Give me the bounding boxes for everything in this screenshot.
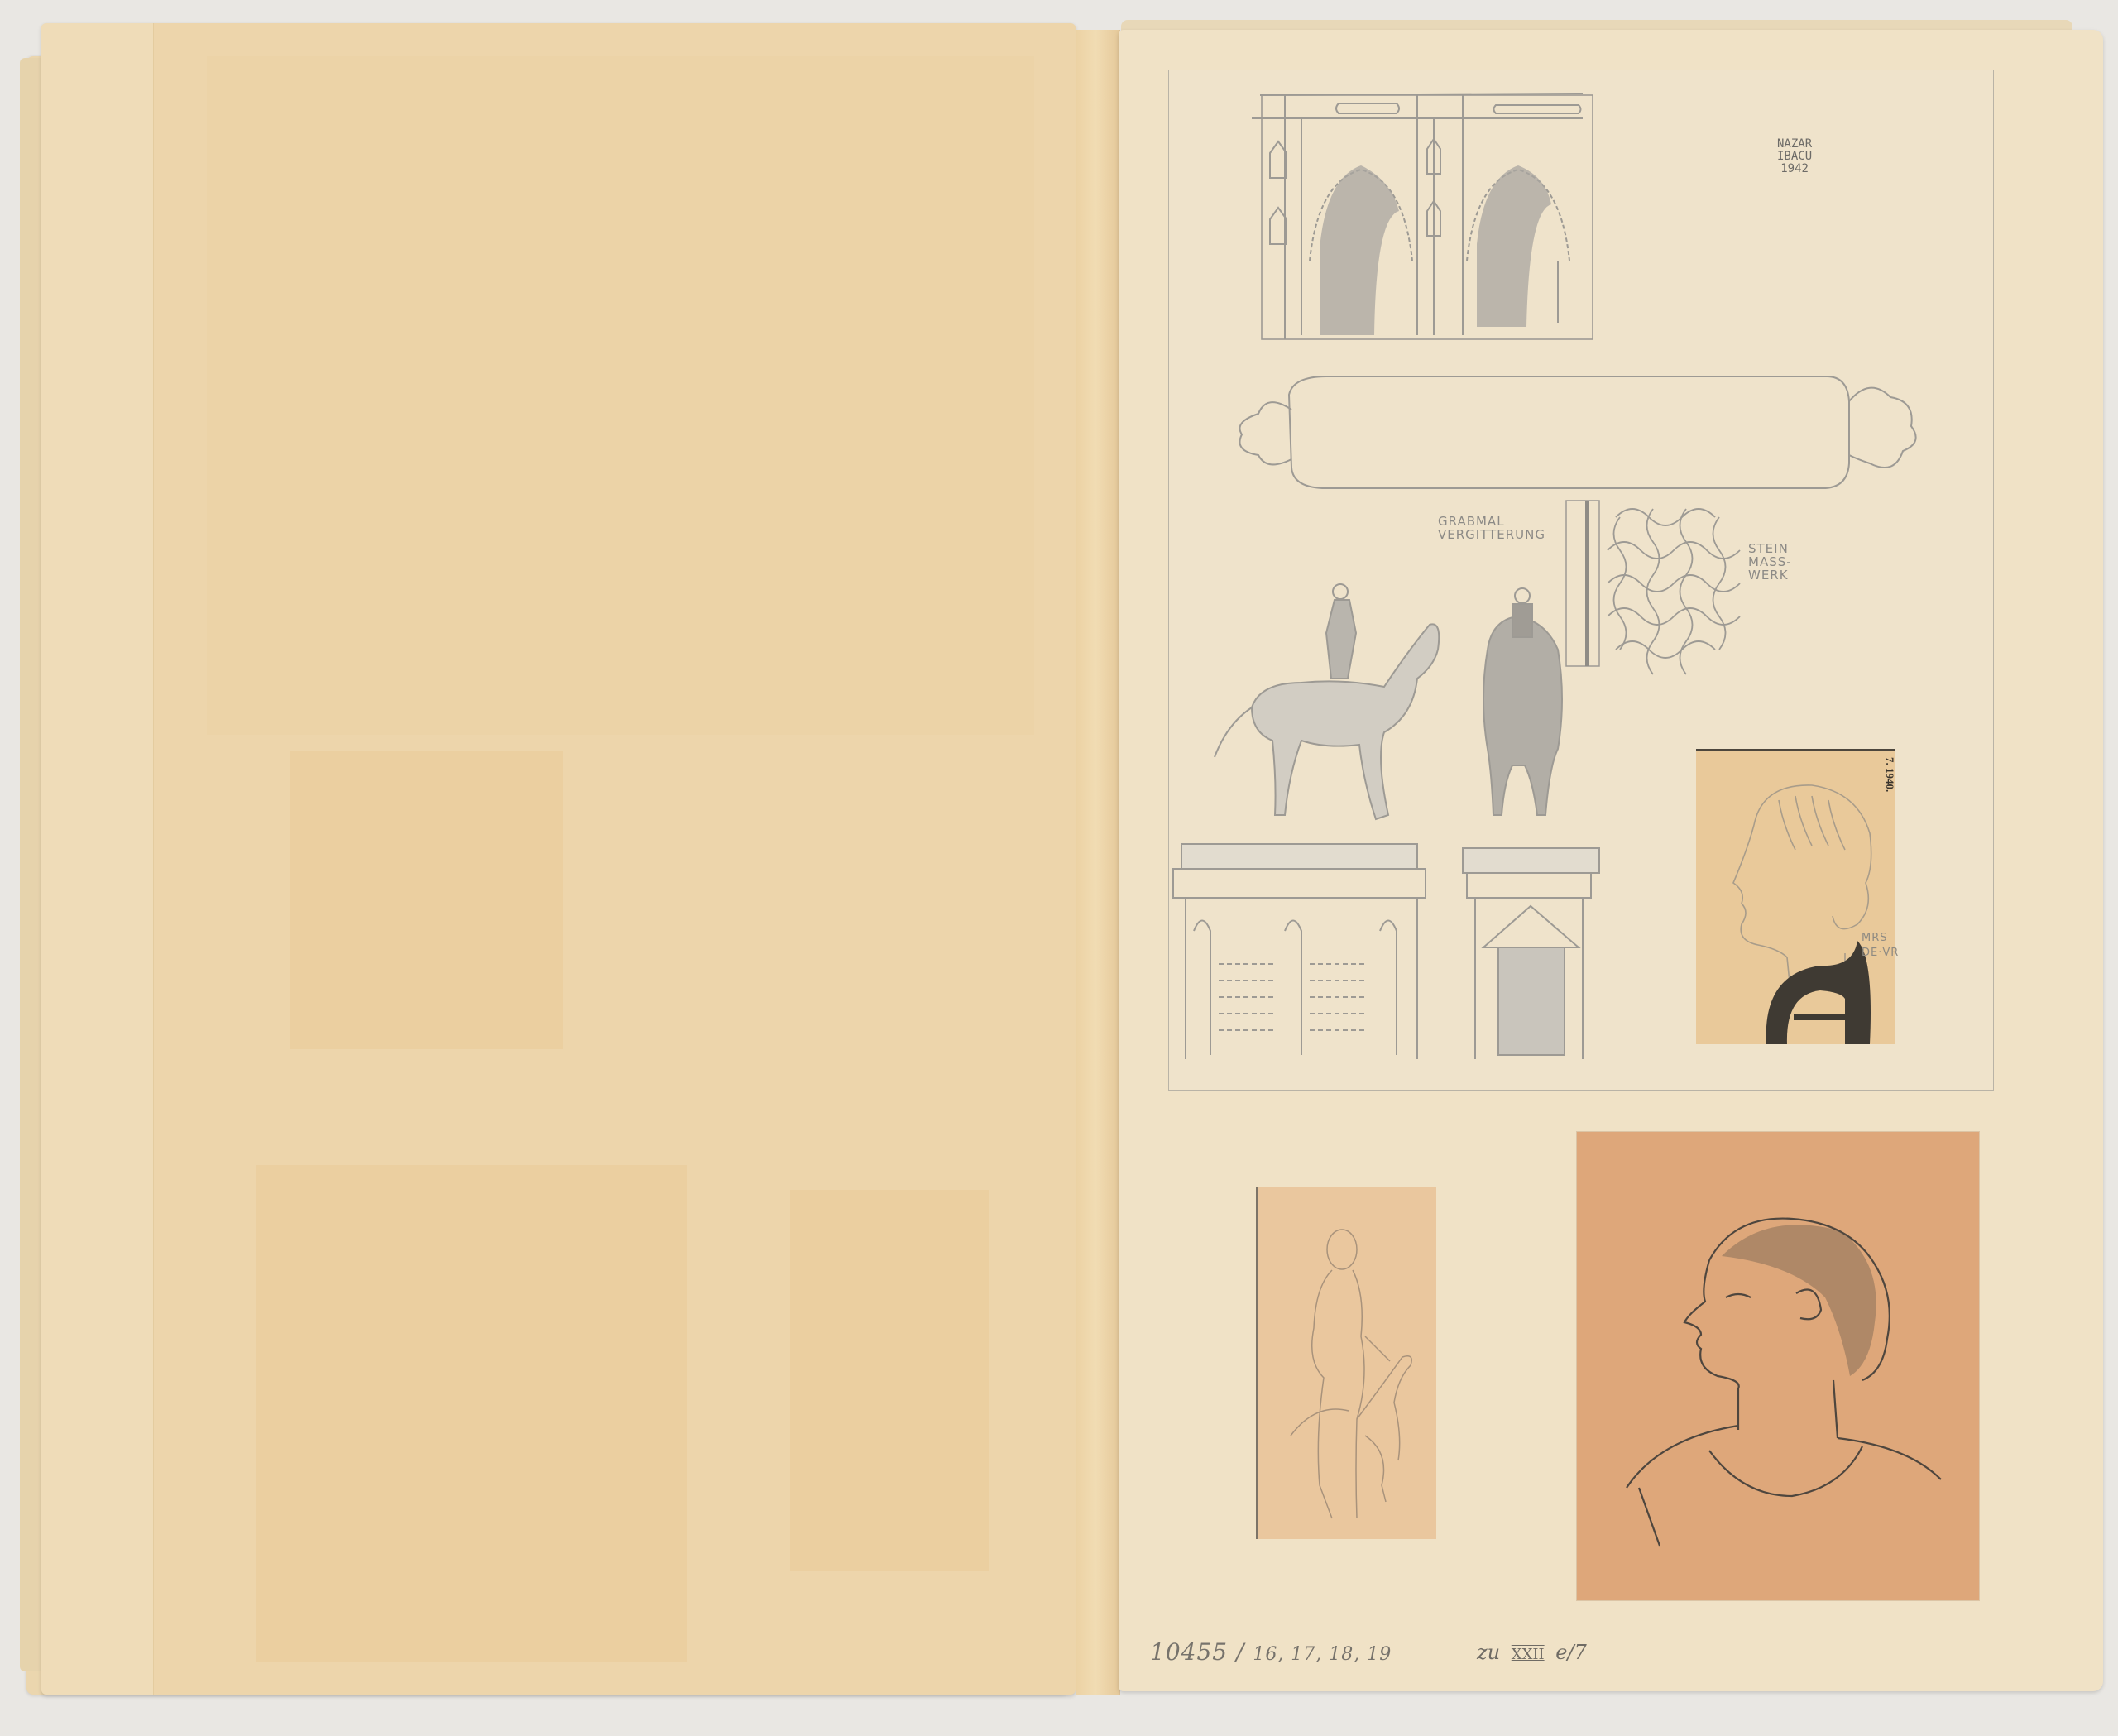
artist-signature: NAZAR IBACU 1942 [1777, 138, 1812, 175]
left-page [41, 23, 1076, 1695]
offset-stain [290, 751, 563, 1049]
offset-stain [207, 56, 1034, 735]
left-page-margin-strip [41, 23, 154, 1695]
reference-prefix: zu [1477, 1641, 1500, 1664]
clipping-initials: MRS DE·VR [1862, 931, 1899, 961]
figure-drawing-card [1256, 1187, 1436, 1539]
label-stein-masswerk: STEIN MASS- WERK [1748, 542, 1792, 582]
equestrian-statue-side [1173, 584, 1439, 1059]
standing-figure-drawing [1258, 1187, 1436, 1539]
reference-suffix: e/7 [1555, 1641, 1587, 1664]
spine-guard-strip [1076, 30, 1120, 1695]
offset-stain [256, 1165, 687, 1662]
newspaper-print-logo [1766, 941, 1871, 1044]
inventory-sheets: 16, 17, 18, 19 [1253, 1644, 1392, 1665]
inventory-separator: / [1236, 1638, 1244, 1666]
tracery-sketch [1608, 509, 1740, 674]
arches-sketch [1252, 94, 1593, 339]
reference-roman: XXII [1512, 1646, 1545, 1663]
offset-stain [790, 1190, 989, 1571]
equestrian-statue-back [1463, 588, 1599, 1059]
label-grabmal-vergitterung: GRABMAL VERGITTERUNG [1438, 515, 1545, 541]
inventory-number: 10455 [1150, 1638, 1228, 1666]
profile-drawing [1696, 751, 1895, 1044]
clipping-date: 7. 1940. [1883, 757, 1896, 792]
inventory-number-note: 10455 / 16, 17, 18, 19 [1150, 1638, 1392, 1666]
newspaper-clipping: 7. 1940. MRS DE·VR [1696, 749, 1895, 1044]
head-study-drawing [1577, 1132, 1979, 1600]
cartouche-sketch [1240, 376, 1916, 488]
head-study-card [1577, 1132, 1979, 1600]
reference-note: zu XXII e/7 [1477, 1641, 1587, 1664]
